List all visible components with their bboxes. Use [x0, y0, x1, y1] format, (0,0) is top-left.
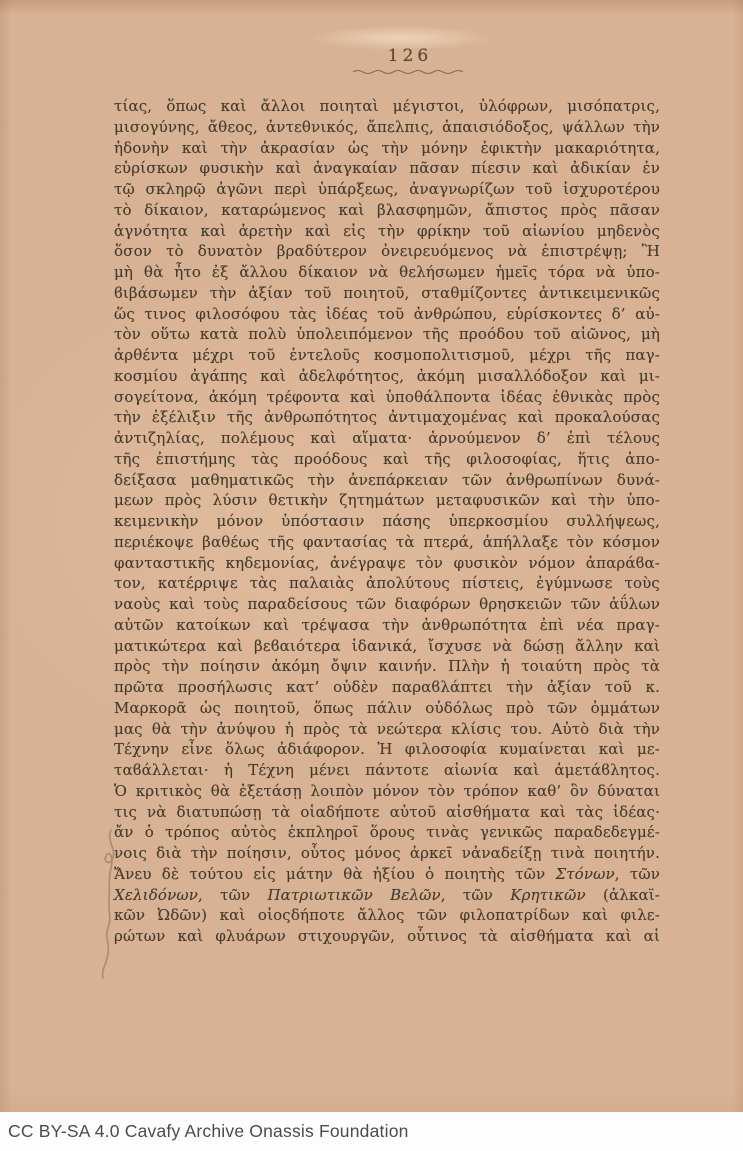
text-line: ὥς τινος φιλοσόφου τὰς ἰδέας τοῦ ἀνθρώπο…: [114, 304, 660, 325]
text-line: τὸ δίκαιον, καταρώμενος καὶ βλασφημῶν, ἄ…: [114, 200, 660, 221]
page-number-underline-icon: [351, 67, 469, 76]
text-line: Ἄνευ δὲ τούτου εἰς μάτην θὰ ἠξίου ὁ ποιη…: [114, 864, 660, 885]
text-line: αὐτῶν κατοίκων καὶ τρέψασα τὴν ἀνθρωπότη…: [114, 615, 660, 636]
text-line: τον, κατέρριψε τὰς παλαιὰς ἀπολύτους πίσ…: [114, 573, 660, 594]
text-line: Μαρκορᾶ ὡς ποιητοῦ, ὅπως πάλιν οὐδόλως π…: [114, 698, 660, 719]
text-line: πρῶτα προσήλωσις κατ’ οὐδὲν παραϐλάπτει …: [114, 677, 660, 698]
text-line: περιέκοψε βαθέως τῆς φαντασίας τὰ πτερά,…: [114, 532, 660, 553]
text-line: μισογύνης, ἄθεος, ἀντεθνικός, ἄπελπις, ἀ…: [114, 117, 660, 138]
text-line: δείξασα μαθηματικῶς τὴν ἀνεπάρκειαν τῶν …: [114, 470, 660, 491]
pencil-squiggle-icon: [86, 822, 130, 982]
text-line: ταϐάλλεται· ἡ Τέχνη μένει πάντοτε αἰωνία…: [114, 760, 660, 781]
text-line: τὴν ἐξέλιξιν τῆς ἀνθρωπότητος ἀντιμαχομέ…: [114, 407, 660, 428]
text-line: Τέχνην εἶνε ὅλως ἀδιάφορον. Ἡ φιλοσοφία …: [114, 739, 660, 760]
text-line: Χελιδόνων, τῶν Πατριωτικῶν Βελῶν, τῶν Κρ…: [114, 885, 660, 906]
text-line: τῆς ἐπιστήμης τὰς προόδους καὶ τῆς φιλοσ…: [114, 449, 660, 470]
text-line: ναοὺς καὶ τοὺς παραδείσους τῶν διαφόρων …: [114, 594, 660, 615]
text-line: μεων πρὸς λύσιν θετικὴν ζητημάτων μεταφυ…: [114, 490, 660, 511]
text-line: ϐιβάσωμεν τὴν ἀξίαν τοῦ ποιητοῦ, σταθμίζ…: [114, 283, 660, 304]
text-line: ὅσον τὸ δυνατὸν βραδύτερον ὀνειρευόμενος…: [114, 241, 660, 262]
scanned-book-page: 126 τίας, ὅπως καὶ ἄλλοι ποιηταὶ μέγιστο…: [0, 0, 743, 1151]
license-text: CC BY-SA 4.0 Cavafy Archive Onassis Foun…: [0, 1121, 409, 1142]
text-line: τις νὰ διατυπώσῃ τὰ οἱαδήποτε αὐτοῦ αἰσθ…: [114, 802, 660, 823]
text-line: τίας, ὅπως καὶ ἄλλοι ποιηταὶ μέγιστοι, ὑ…: [114, 96, 660, 117]
text-line: τὸν οὕτω κατὰ πολὺ ὑπολειπόμενον τῆς προ…: [114, 324, 660, 345]
text-line: κειμενικὴν μόνον ὑπόστασιν πάσης ὑπερκοσ…: [114, 511, 660, 532]
text-line: ἀντιζηλίας, πολέμους καὶ αἵματα· ἀρνούμε…: [114, 428, 660, 449]
text-line: ρώτων καὶ φλυάρων στιχουργῶν, οὗτινος τὰ…: [114, 926, 660, 947]
text-line: ἄν ὁ τρόπος αὐτὸς ἐκπληροῖ ὅρους τινὰς γ…: [114, 822, 660, 843]
text-line: ἁγνότητα καὶ ἀρετὴν καὶ εἰς τὴν φρίκην τ…: [114, 221, 660, 242]
text-line: μὴ θὰ ἦτο ἐξ ἄλλου δίκαιον νὰ θελήσωμεν …: [114, 262, 660, 283]
page-number: 126: [350, 46, 470, 66]
text-line: ἡδονὴν καὶ τὴν ἀκρασίαν ὡς τὴν μόνην ἐφι…: [114, 138, 660, 159]
text-line: ματικώτερα καὶ βεϐαιότερα ἰδανικά, ἴσχυσ…: [114, 636, 660, 657]
text-line: ἀρθέντα μέχρι τοῦ ἐντελοῦς κοσμοπολιτισμ…: [114, 345, 660, 366]
license-bar: CC BY-SA 4.0 Cavafy Archive Onassis Foun…: [0, 1112, 743, 1151]
text-line: κῶν Ὠδῶν) καὶ οἱοςδήποτε ἄλλος τῶν φιλοπ…: [114, 905, 660, 926]
page-body-text: τίας, ὅπως καὶ ἄλλοι ποιηταὶ μέγιστοι, ὑ…: [114, 96, 660, 947]
text-line: τῷ σκληρῷ ἀγῶνι περὶ ὑπάρξεως, ἀναγνωρίζ…: [114, 179, 660, 200]
page-header: 126: [350, 46, 470, 76]
text-line: μας θὰ τὴν ἀνύψου ἡ πρὸς τὰ νεώτερα κλίσ…: [114, 719, 660, 740]
text-line: νοις διὰ τὴν ποίησιν, οὗτος μόνος ἀρκεῖ …: [114, 843, 660, 864]
text-line: Ὁ κριτικὸς θὰ ἐξετάσῃ λοιπὸν μόνον τὸν τ…: [114, 781, 660, 802]
text-line: σογείτονα, ἀκόμη τρέφοντα καὶ ὑποθάλποντ…: [114, 387, 660, 408]
text-line: εὑρίσκων φυσικὴν καὶ ἀναγκαίαν πᾶσαν πίε…: [114, 158, 660, 179]
text-line: κοσμίου ἀγάπης καὶ ἀδελφότητος, ἀκόμη μι…: [114, 366, 660, 387]
text-line: πρὸς τὴν ποίησιν ἀκόμη ὄψιν καινήν. Πλὴν…: [114, 656, 660, 677]
text-line: φανταστικῆς κηδεμονίας, ἀνέγραψε τὸν φυσ…: [114, 553, 660, 574]
